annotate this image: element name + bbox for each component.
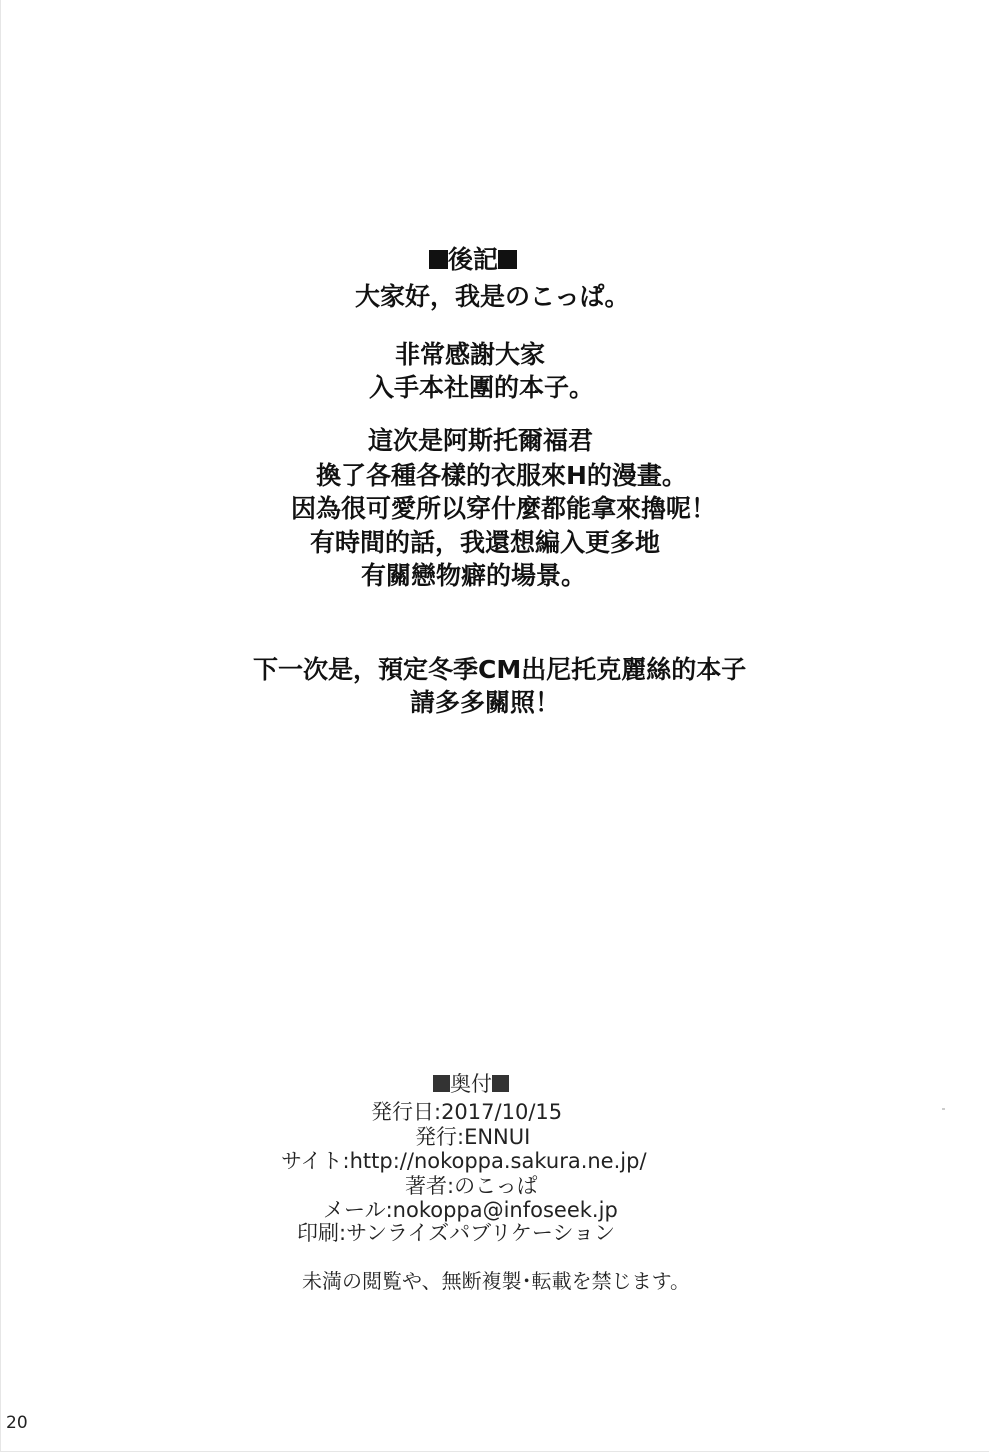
afterword-line-7: 有時間的話，我還想編入更多地 — [310, 530, 660, 555]
page-number: 20 — [6, 1413, 28, 1433]
printer: 印刷:サンライズパブリケーション — [297, 1223, 615, 1244]
afterword-line-2: 非常感謝大家 — [395, 342, 545, 367]
scan-speck — [942, 1108, 945, 1110]
afterword-line-4: 這次是阿斯托爾福君 — [368, 428, 593, 453]
afterword-heading-text: 後記 — [448, 245, 498, 274]
afterword-line-3: 入手本社團的本子。 — [369, 375, 594, 400]
author: 著者:のこっぱ — [405, 1176, 538, 1197]
publisher: 発行:ENNUI — [415, 1127, 530, 1148]
afterword-line-1: 大家好，我是のこっぱ。 — [355, 284, 630, 309]
square-bullet-icon — [433, 1075, 450, 1092]
square-bullet-icon — [429, 250, 448, 269]
site-url: サイト:http://nokoppa.sakura.ne.jp/ — [281, 1151, 647, 1172]
publish-date: 発行日:2017/10/15 — [371, 1102, 562, 1123]
colophon-heading-text: 奥付 — [450, 1072, 492, 1096]
copyright-notice: 未満の閲覧や、無断複製･転載を禁じます。 — [302, 1271, 690, 1291]
afterword-line-10: 請多多關照！ — [410, 690, 560, 715]
square-bullet-icon — [498, 250, 517, 269]
square-bullet-icon — [492, 1075, 509, 1092]
afterword-line-8: 有關戀物癖的場景。 — [361, 563, 586, 588]
colophon-heading: 奥付 — [433, 1074, 509, 1095]
afterword-line-5: 換了各種各樣的衣服來H的漫畫。 — [316, 463, 687, 488]
afterword-line-9: 下一次是，預定冬季CM出尼托克麗絲的本子 — [253, 657, 746, 682]
afterword-heading: 後記 — [429, 247, 517, 272]
afterword-line-6: 因為很可愛所以穿什麼都能拿來擼呢！ — [291, 496, 716, 521]
mail-address: メール:nokoppa@infoseek.jp — [323, 1200, 618, 1221]
